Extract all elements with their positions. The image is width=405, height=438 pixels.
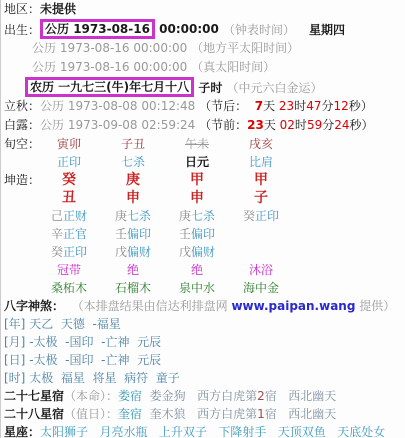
credit-suffix: 提供） (355, 299, 395, 313)
branch-month: 申 (101, 189, 165, 207)
nayin-hour: 海中金 (229, 279, 293, 297)
hidden-stem-cell: 戊偏财 (165, 243, 229, 261)
liqiu-line: 立秋：公历 1973-08-08 00:12:48 （节后： 7天 23时47分… (1, 97, 405, 116)
zodiac-label: 星座： (4, 425, 40, 438)
branch-day: 申 (165, 189, 229, 207)
mansion-27-line: 二十七星宿（本命）：娄宿 娄金狗 西方白虎第2宿 西北幽天 (1, 387, 405, 405)
hidden-stem-cell: 庚七杀 (101, 207, 165, 225)
shensha-tag: [月] (4, 335, 25, 349)
bailu-secs-unit: 秒 (350, 118, 362, 132)
bailu-prefix: （节前： (199, 118, 247, 132)
bailu-days-unit: 天 (264, 118, 280, 132)
zodiac-values: 太阳狮子 月亮水瓶 上升双子 下降射手 天顶双鱼 天底处女 (40, 425, 385, 438)
nayin-month: 石榴木 (101, 279, 165, 297)
liqiu-days: 7 (255, 99, 263, 113)
bailu-days: 23 (247, 118, 264, 132)
clock-time: 00:00:00 (155, 22, 223, 36)
shensha-section: 八字神煞： （本排盘结果由信达利排盘网 www.paipan.wang 提供） … (1, 297, 405, 438)
liqiu-days-unit: 天 (263, 99, 279, 113)
branch-year: 丑 (37, 189, 101, 207)
shensha-header-line: 八字神煞： （本排盘结果由信达利排盘网 www.paipan.wang 提供） (1, 297, 405, 315)
hidden-stem-cell: 壬偏印 (101, 225, 165, 243)
shensha-items: -太极 -国印 -亡神 元辰 (29, 353, 161, 367)
bailu-secs: 24 (334, 118, 349, 132)
zodiac-line: 星座：太阳狮子 月亮水瓶 上升双子 下降射手 天顶双鱼 天底处女 (1, 423, 405, 438)
ten-god-year: 正印 (37, 153, 101, 171)
bailu-label: 白露： (4, 118, 40, 132)
hidden-stem-cell: 癸正印 (37, 243, 101, 261)
mansion-27-number: 2 (257, 389, 265, 403)
shensha-tag: [时] (4, 371, 25, 385)
bailu-suffix: ） (362, 118, 374, 132)
xunkong-month: 子丑 (101, 135, 165, 153)
mansion-27-main: 娄宿 (118, 389, 142, 403)
hidden-stem-cell: 癸正印 (229, 207, 293, 225)
birth-clock-line: 出生：公历 1973-08-16 00:00:00 （钟表时间）星期四 (1, 19, 405, 39)
stage-month: 绝 (101, 261, 165, 279)
hidden-stem-cell: 壬偏印 (165, 225, 229, 243)
gender-label: 坤造： (1, 171, 37, 189)
xunkong-label: 旬空： (1, 135, 37, 153)
xunkong-year: 寅卯 (37, 135, 101, 153)
bailu-hours-unit: 时 (295, 118, 307, 132)
liqiu-date: 公历 1973-08-08 00:12:48 (40, 99, 199, 113)
hidden-stem-cell (229, 243, 293, 261)
nayin-day: 泉中水 (165, 279, 229, 297)
lunar-date-highlight-box: 农历 一九七三(牛)年七月十八 (25, 77, 194, 97)
mansion-28-region-suffix: 宿 (265, 407, 288, 421)
nayin-row: 桑柘木 石榴木 泉中水 海中金 (1, 279, 405, 297)
branch-hour: 子 (229, 189, 293, 207)
xunkong-row: 旬空： 寅卯 子丑 午未 戌亥 (1, 135, 405, 153)
nayin-year: 桑柘木 (37, 279, 101, 297)
mansion-28-sky: 西北幽天 (288, 407, 336, 421)
liqiu-label: 立秋： (4, 99, 40, 113)
mansion-28-label: 二十八星宿 (4, 407, 64, 421)
liqiu-secs-unit: 秒 (349, 99, 361, 113)
hidden-stem-cell: 己正财 (37, 207, 101, 225)
hidden-stem-cell (229, 225, 293, 243)
mansion-28-region: 西方白虎第 (197, 407, 257, 421)
bailu-hours: 02 (280, 118, 295, 132)
shensha-hour-row: [时] 太极 福星 将星 病符 童子 (1, 369, 405, 387)
mansion-28-line: 二十八星宿（值日）：奎宿 奎木狼 西方白虎第1宿 西北幽天 (1, 405, 405, 423)
stems-row: 坤造： 癸 庚 甲 甲 (1, 171, 405, 189)
mansion-27-label: 二十七星宿 (4, 389, 64, 403)
bailu-mins: 59 (307, 118, 322, 132)
bailu-date: 公历 1973-09-08 02:59:24 (40, 118, 199, 132)
hidden-stems-row-2: 辛正官 壬偏印 壬偏印 (1, 225, 405, 243)
ten-god-month: 七杀 (101, 153, 165, 171)
shensha-tag: [年] (4, 317, 25, 331)
mansion-28-paren: （值日）： (64, 407, 118, 421)
branches-row: 丑 申 申 子 (1, 189, 405, 207)
hidden-stem-cell: 戊偏财 (101, 243, 165, 261)
liqiu-mins: 47 (306, 99, 321, 113)
true-solar-time-line: 公历 1973-08-16 00:00:00 （真太阳时间） (1, 58, 405, 77)
mansion-28-number: 1 (257, 407, 265, 421)
shensha-items: -太极 -国印 -亡神 元辰 (29, 335, 161, 349)
lunar-note: （中元六白金运） (227, 79, 323, 96)
stage-day: 绝 (165, 261, 229, 279)
lunar-hour: 子时 (194, 79, 226, 96)
day-master-label: 日元 (165, 153, 229, 171)
life-stage-row: 冠带 绝 绝 沐浴 (1, 261, 405, 279)
stage-year: 冠带 (37, 261, 101, 279)
stem-year: 癸 (37, 171, 101, 189)
stage-hour: 沐浴 (229, 261, 293, 279)
xunkong-hour: 戌亥 (229, 135, 293, 153)
stem-month: 庚 (101, 171, 165, 189)
mansion-28-main: 奎宿 (118, 407, 142, 421)
weekday: 星期四 (309, 21, 345, 38)
liqiu-hours-unit: 时 (294, 99, 306, 113)
xunkong-day-void: 午未 (165, 135, 229, 153)
shensha-tag: [日] (4, 353, 25, 367)
shensha-month-row: [月] -太极 -国印 -亡神 元辰 (1, 333, 405, 351)
ten-god-hour: 比肩 (229, 153, 293, 171)
lunar-line: 农历 一九七三(牛)年七月十八 子时 （中元六白金运） (1, 77, 405, 97)
bazi-chart-page: 地区：未提供 出生：公历 1973-08-16 00:00:00 （钟表时间）星… (0, 0, 405, 438)
stem-hour: 甲 (229, 171, 293, 189)
liqiu-mins-unit: 分 (322, 99, 334, 113)
ten-gods-row: 正印 七杀 日元 比肩 (1, 153, 405, 171)
mansion-27-region: 西方白虎第 (197, 389, 257, 403)
clock-time-note: （钟表时间） (223, 21, 295, 38)
paipan-link[interactable]: www.paipan.wang (231, 299, 355, 313)
region-label: 地区： (4, 2, 40, 16)
hidden-stem-cell: 辛正官 (37, 225, 101, 243)
region-line: 地区：未提供 (1, 0, 405, 19)
mansion-27-sky: 西北幽天 (288, 389, 336, 403)
shensha-items: 太极 福星 将星 病符 童子 (29, 371, 180, 385)
hidden-stem-cell: 庚七杀 (165, 207, 229, 225)
solar-date-highlight-box: 公历 1973-08-16 (40, 19, 155, 39)
liqiu-prefix: （节后： (199, 99, 255, 113)
mansion-27-paren: （本命）： (64, 389, 118, 403)
mean-solar-time-line: 公历 1973-08-16 00:00:00 （地方平太阳时间） (1, 39, 405, 58)
region-value: 未提供 (40, 2, 76, 16)
mansion-27-region-suffix: 宿 (265, 389, 288, 403)
hidden-stems-row-3: 癸正印 戊偏财 戊偏财 (1, 243, 405, 261)
shensha-label: 八字神煞： (4, 299, 64, 313)
liqiu-hours: 23 (279, 99, 294, 113)
bailu-line: 白露：公历 1973-09-08 02:59:24 （节前：23天 02时59分… (1, 116, 405, 135)
credit-prefix: （本排盘结果由信达利排盘网 (64, 299, 231, 313)
shensha-year-row: [年] 天乙 天德 -福星 (1, 315, 405, 333)
liqiu-secs: 12 (334, 99, 349, 113)
bailu-mins-unit: 分 (322, 118, 334, 132)
hidden-stems-row-1: 己正财 庚七杀 庚七杀 癸正印 (1, 207, 405, 225)
mansion-28-animal: 奎木狼 (142, 407, 197, 421)
stem-day: 甲 (165, 171, 229, 189)
shensha-day-row: [日] -太极 -国印 -亡神 元辰 (1, 351, 405, 369)
mansion-27-animal: 娄金狗 (142, 389, 197, 403)
shensha-items: 天乙 天德 -福星 (29, 317, 121, 331)
liqiu-suffix: ） (361, 99, 373, 113)
birth-label: 出生： (4, 21, 40, 38)
